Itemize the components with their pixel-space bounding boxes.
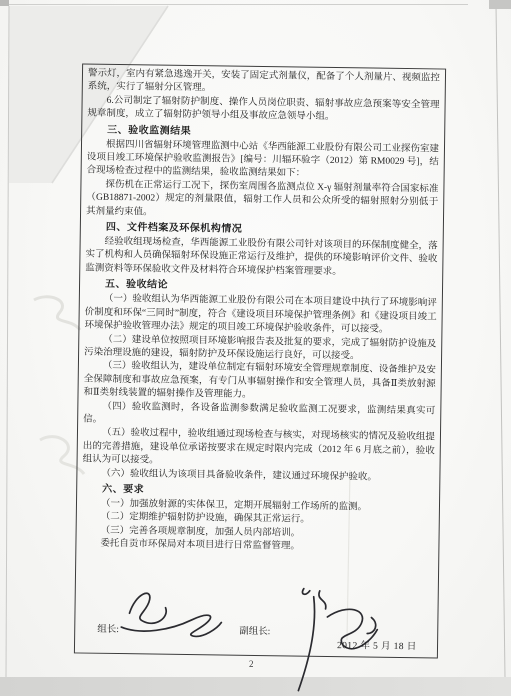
document-table-cell: 警示灯，室内有紧急逃逸开关，安装了固定式剂量仪，配备了个人剂量片、视频监控系统，…	[74, 63, 446, 658]
paragraph: （三）验收组认为，建设单位制定有辐射环境安全管理规章制度、设备维护及安全保障制度…	[83, 360, 436, 405]
leader-signature-image	[115, 583, 226, 647]
paragraph: 探伤机在正常运行工况下，探伤室周围各监测点位 X-γ 辐射剂量率符合国家标准（G…	[86, 178, 439, 223]
deputy-leader-label: 副组长:	[239, 623, 270, 637]
page-number: 2	[249, 659, 254, 669]
paragraph: 根据四川省辐射环境管理监测中心站《华西能源工业股份有限公司工业探伤室建设项目竣工…	[87, 138, 440, 183]
paragraph: （一）验收组认为华西能源工业股份有限公司在本项目建设中执行了环境影响评价制度和环…	[84, 293, 437, 338]
scanner-background-band	[0, 677, 511, 696]
paragraph: 经验收组现场检查，华西能源工业股份有限公司针对该项目的环保制度健全，落实了机构和…	[85, 236, 438, 281]
scanned-document-page: 警示灯，室内有紧急逃逸开关，安装了固定式剂量仪，配备了个人剂量片、视频监控系统，…	[0, 0, 511, 696]
paragraph: 6.公司制定了辐射防护制度、操作人员岗位职责、辐射事故应急预案等安全管理规章制度…	[87, 94, 439, 126]
signature-date: 2012 年 5 月 18 日	[337, 637, 417, 652]
paragraph: （五）验收过程中，验收组通过现场检查与核实，对现场核实的情况及验收组提出的完善措…	[83, 427, 436, 472]
